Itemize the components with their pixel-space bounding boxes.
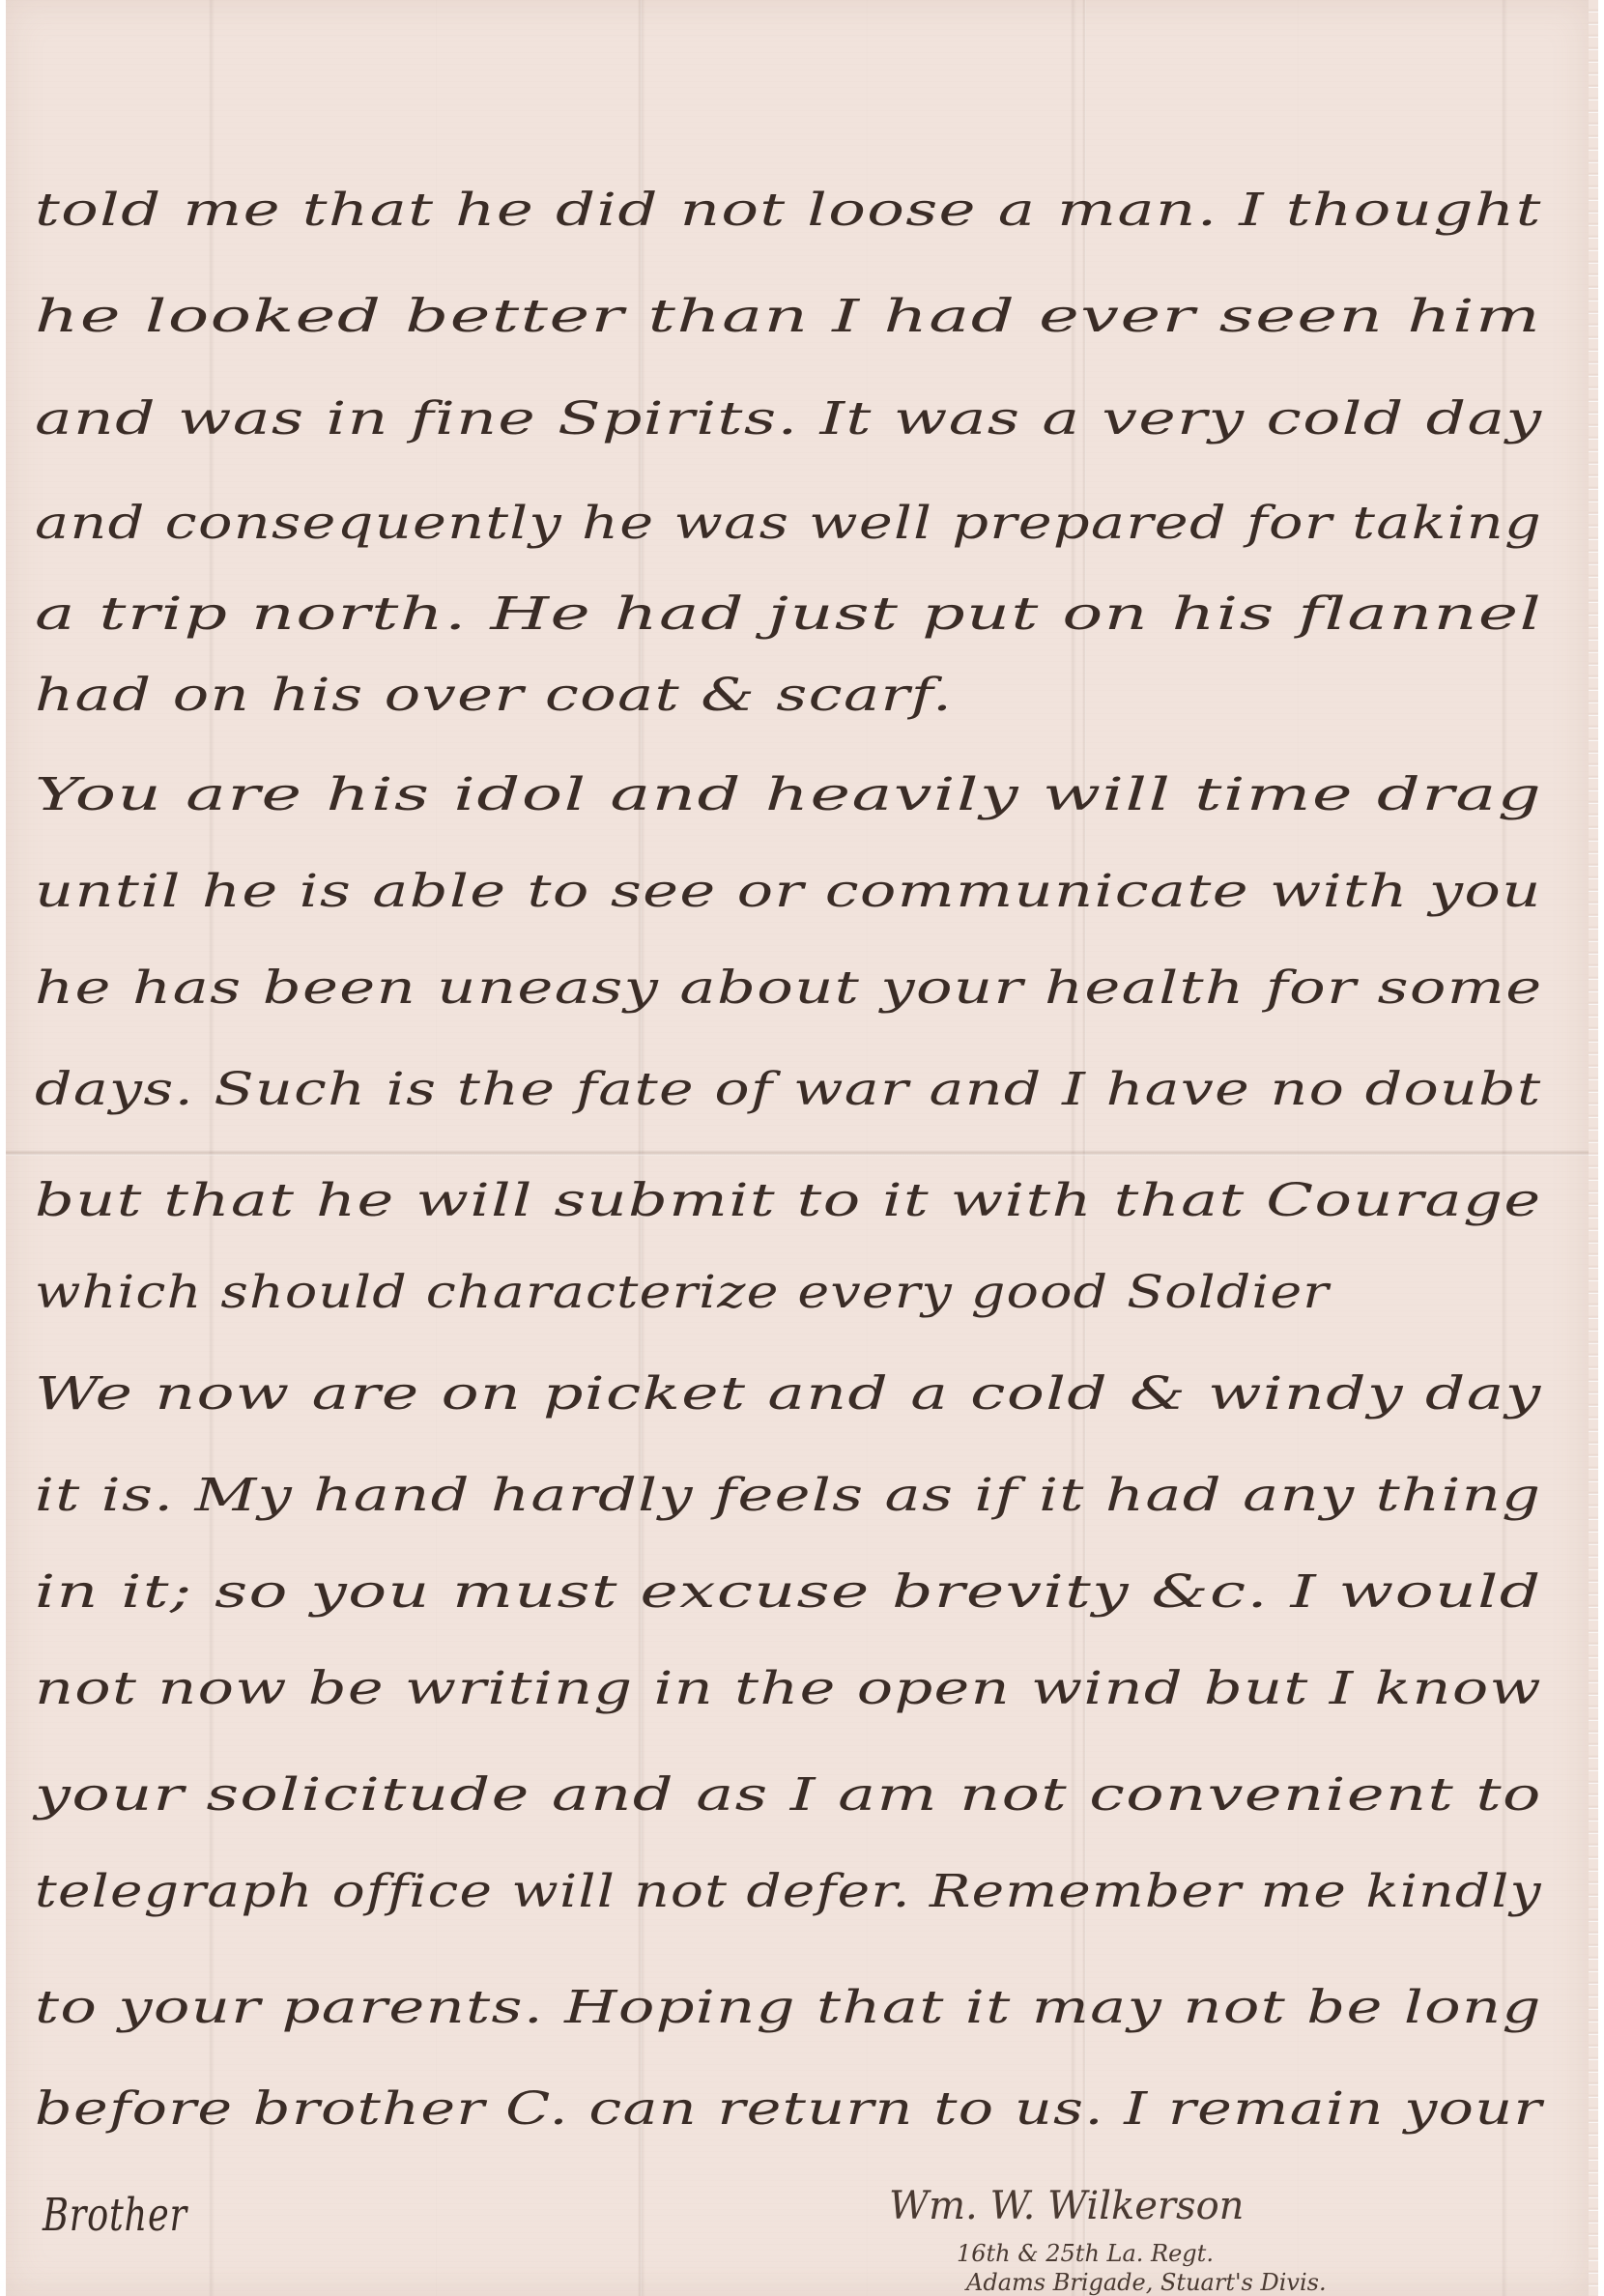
torn-paper-edge [1589, 0, 1598, 2296]
letter-line-3: and was in fine Spirits. It was a very c… [35, 392, 1542, 445]
letter-line-12: which should characterize every good Sol… [35, 1266, 1330, 1319]
letter-line-18: telegraph office will not defer. Remembe… [35, 1865, 1542, 1918]
letter-line-11: but that he will submit to it with that … [35, 1174, 1542, 1227]
letter-line-17: your solicitude and as I am not convenie… [35, 1768, 1542, 1822]
letter-line-1: told me that he did not loose a man. I t… [35, 184, 1542, 237]
letter-line-6: had on his over coat & scarf. [35, 669, 953, 722]
letter-line-16: not now be writing in the open wind but … [35, 1662, 1542, 1715]
horizontal-fold-crease [6, 1150, 1590, 1156]
letter-line-14: it is. My hand hardly feels as if it had… [35, 1469, 1541, 1522]
letter-line-5: a trip north. He had just put on his fla… [35, 588, 1542, 641]
signature-brigade: Adams Brigade, Stuart's Divis. [966, 2269, 1327, 2296]
letter-line-19: to your parents. Hoping that it may not … [35, 1981, 1542, 2034]
vertical-fold-crease [1082, 0, 1086, 2296]
letter-line-4: and consequently he was well prepared fo… [35, 497, 1542, 550]
letter-page [6, 0, 1590, 2296]
letter-line-10: days. Such is the fate of war and I have… [35, 1063, 1541, 1116]
letter-line-7: You are his idol and heavily will time d… [35, 768, 1542, 821]
letter-line-9: he has been uneasy about your health for… [35, 961, 1543, 1015]
letter-line-2: he looked better than I had ever seen hi… [35, 290, 1541, 343]
letter-closing: Brother [43, 2189, 187, 2242]
letter-line-8: until he is able to see or communicate w… [35, 865, 1542, 918]
letter-line-15: in it; so you must excuse brevity &c. I … [35, 1565, 1542, 1619]
signature-name: Wm. W. Wilkerson [889, 2184, 1244, 2228]
letter-line-20: before brother C. can return to us. I re… [35, 2082, 1543, 2136]
vertical-fold-crease [638, 0, 642, 2296]
signature-unit: 16th & 25th La. Regt. [957, 2240, 1214, 2267]
letter-line-13: We now are on picket and a cold & windy … [35, 1367, 1542, 1421]
